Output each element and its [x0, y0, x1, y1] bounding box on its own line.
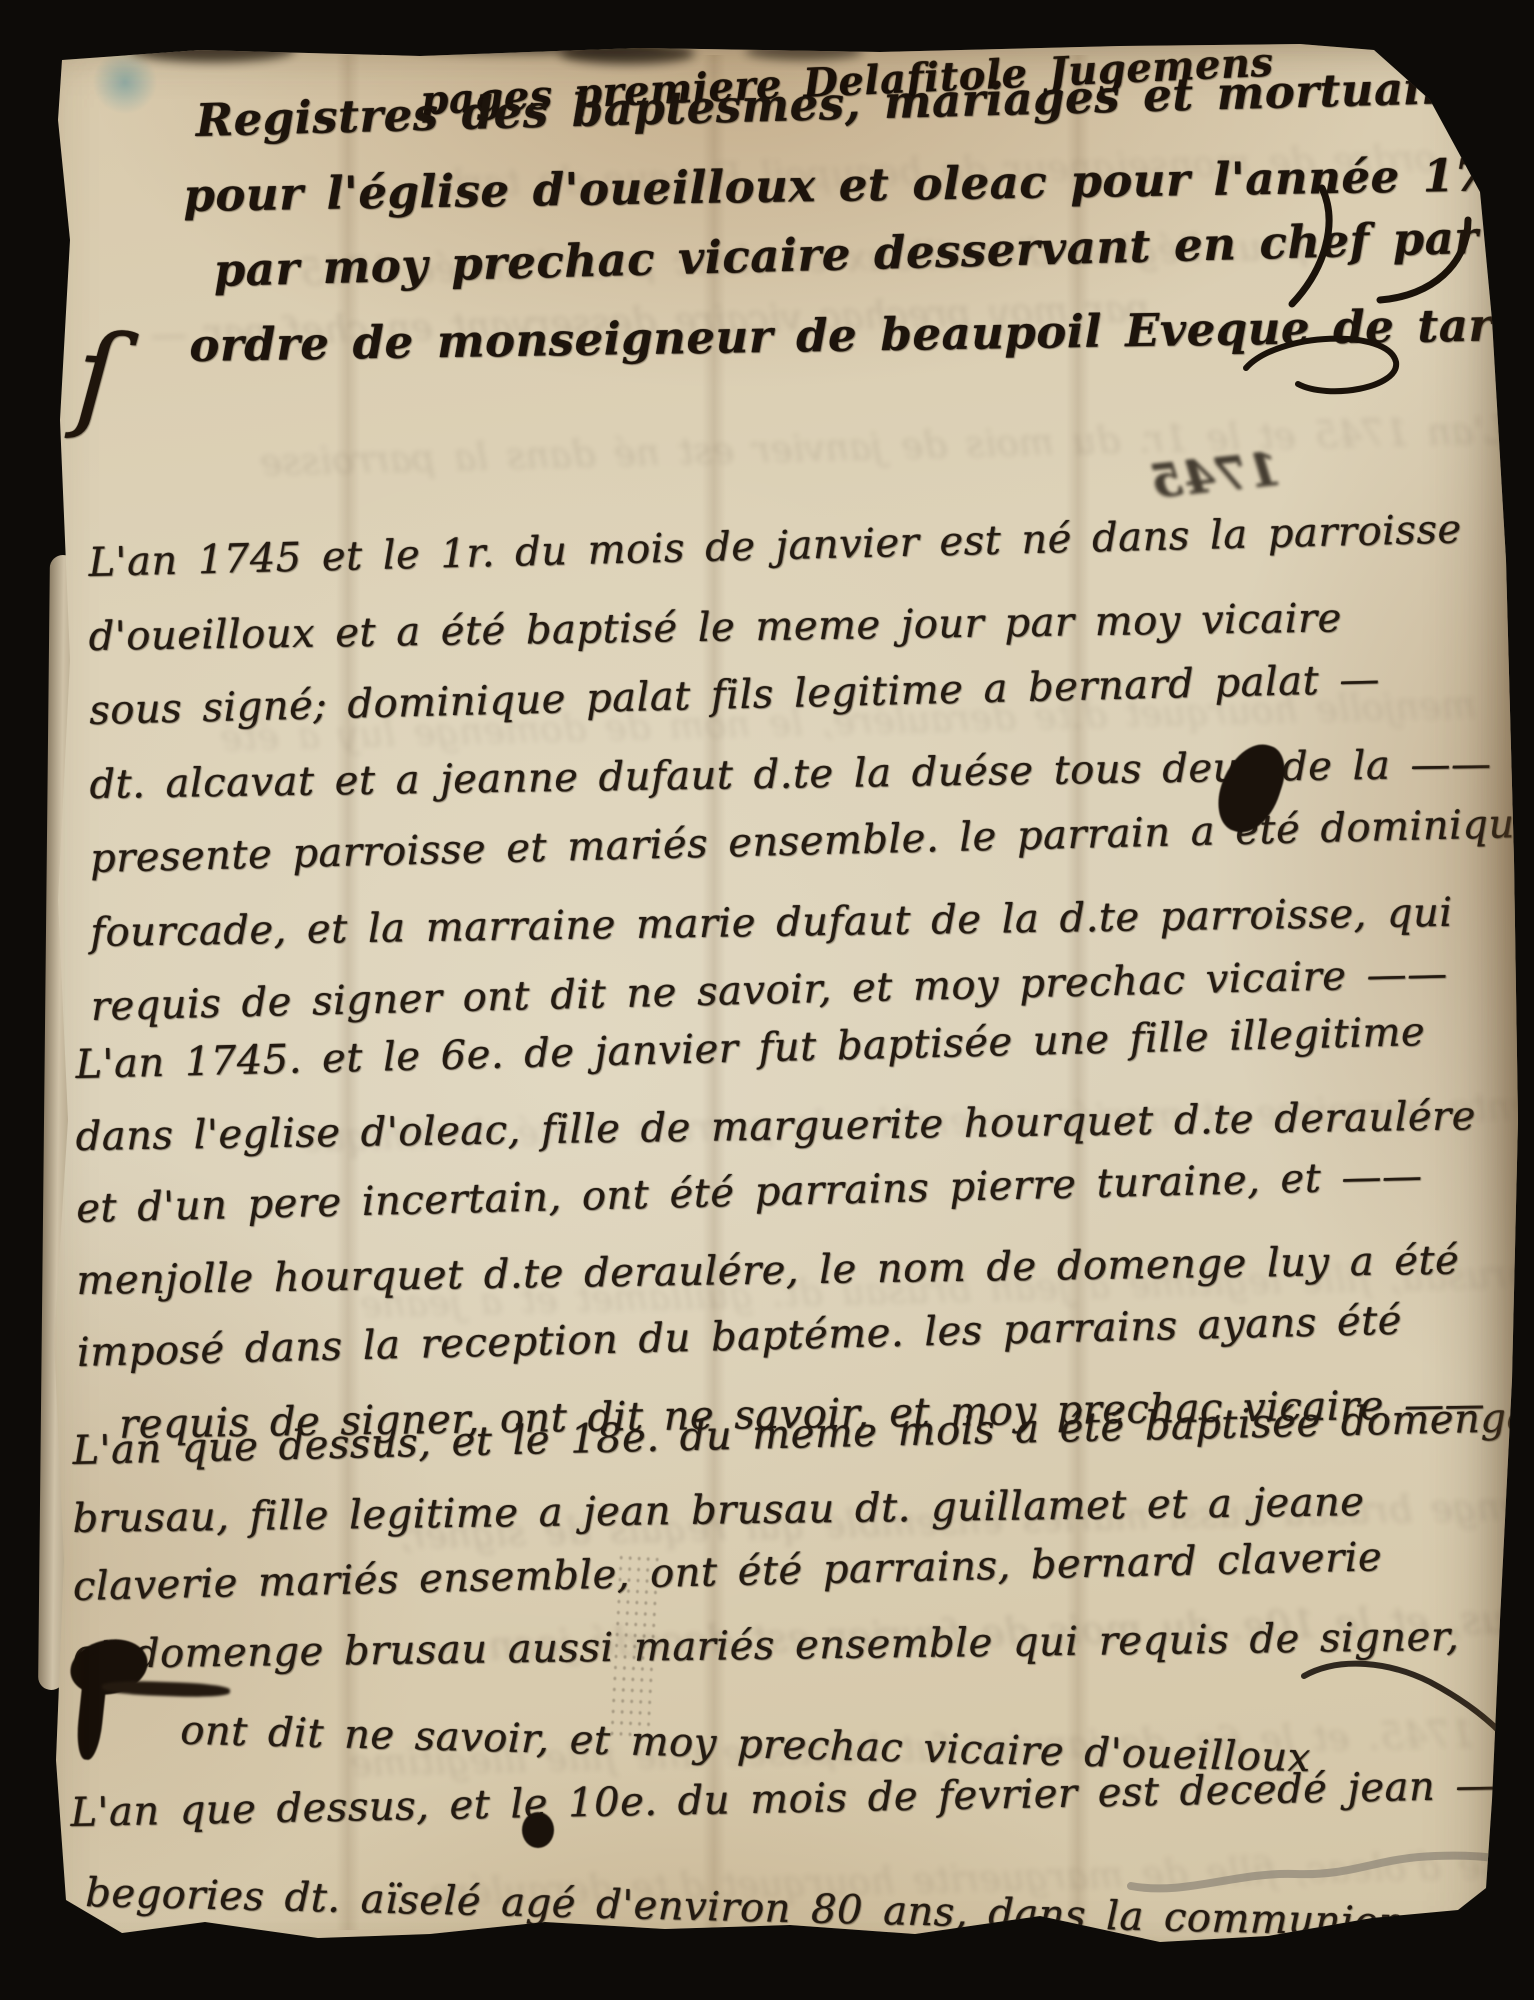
bleedthrough-text: L'an 1745 et le 1r. du mois de janvier e…: [260, 409, 1509, 485]
pencil-squiggle: [1125, 1842, 1510, 1900]
pen-swash: [1282, 182, 1342, 312]
blue-ink-stain: [92, 50, 158, 114]
pen-swash: [1372, 212, 1482, 312]
ink-smudge: [130, 36, 295, 62]
photo-backdrop: pour l'église d'oueilloux et oleac pour …: [0, 0, 1534, 2000]
register-entry-baptism-palat: L'an 1745 et le 1r. du mois de janvier e…: [88, 532, 1534, 1058]
ink-smudge: [560, 42, 695, 64]
manuscript-page: pour l'église d'oueilloux et oleac pour …: [0, 0, 1534, 2000]
pen-flourish: ſ: [71, 309, 123, 446]
ink-blot: [522, 1812, 554, 1848]
pen-swash: [1300, 1648, 1510, 1743]
pen-swash: [1238, 318, 1408, 404]
